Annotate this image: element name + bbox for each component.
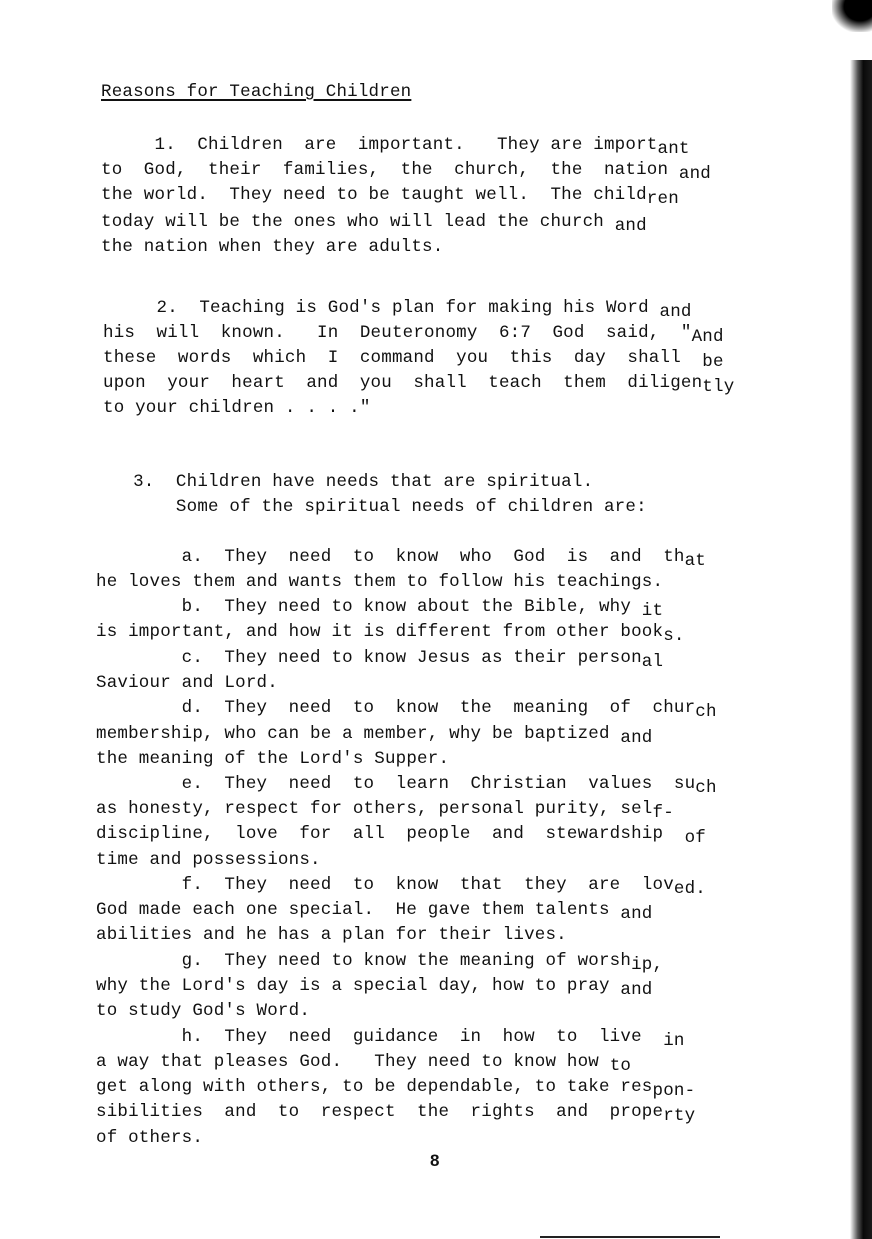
line-tail-text: ch — [695, 702, 716, 722]
text-line: the nation when they are adults. — [101, 237, 443, 257]
page-number: 8 — [430, 1151, 439, 1171]
text-line: is important, and how it is different fr… — [96, 622, 685, 642]
line-text: God made each one special. He gave them … — [96, 900, 620, 920]
text-line: f. They need to know that they are loved… — [96, 875, 706, 895]
text-line: a. They need to know who God is and that — [96, 547, 706, 567]
line-text: get along with others, to be dependable,… — [96, 1077, 653, 1097]
line-tail-text: And — [692, 327, 724, 347]
text-line: upon your heart and you shall teach them… — [103, 373, 734, 393]
text-line: of others. — [96, 1128, 203, 1148]
text-line: his will known. In Deuteronomy 6:7 God s… — [103, 323, 724, 343]
text-line: to study God's Word. — [96, 1001, 310, 1021]
line-tail-text: ant — [658, 139, 690, 159]
line-text: h. They need guidance in how to live — [96, 1027, 663, 1047]
line-text: sibilities and to respect the rights and… — [96, 1102, 663, 1122]
line-text: Some of the spiritual needs of children … — [101, 497, 647, 517]
text-line: why the Lord's day is a special day, how… — [96, 976, 653, 996]
text-line: Some of the spiritual needs of children … — [101, 497, 647, 517]
text-line: today will be the ones who will lead the… — [101, 212, 647, 232]
text-line: to your children . . . ." — [103, 398, 371, 418]
line-text: his will known. In Deuteronomy 6:7 God s… — [103, 323, 692, 343]
text-line: a way that pleases God. They need to kno… — [96, 1052, 631, 1072]
line-text: d. They need to know the meaning of chur — [96, 698, 695, 718]
text-line: the world. They need to be taught well. … — [101, 185, 679, 205]
line-text: as honesty, respect for others, personal… — [96, 799, 653, 819]
line-tail-text: and — [660, 302, 692, 322]
text-line: g. They need to know the meaning of wors… — [96, 951, 663, 971]
text-line: h. They need guidance in how to live in — [96, 1027, 685, 1047]
line-text: e. They need to learn Christian values s… — [96, 774, 695, 794]
scan-binding-shadow-top — [832, 0, 872, 32]
line-tail-text: at — [685, 551, 706, 571]
text-line: he loves them and wants them to follow h… — [96, 572, 663, 592]
line-tail-text: of — [685, 828, 706, 848]
line-text: a way that pleases God. They need to kno… — [96, 1052, 610, 1072]
line-tail-text: and — [679, 164, 711, 184]
footer-rule — [540, 1236, 720, 1238]
line-text: 1. Children are important. They are impo… — [101, 135, 658, 155]
line-text: upon your heart and you shall teach them… — [103, 373, 702, 393]
line-text: why the Lord's day is a special day, how… — [96, 976, 620, 996]
line-tail-text: and — [620, 980, 652, 1000]
line-text: the world. They need to be taught well. … — [101, 185, 647, 205]
line-tail-text: ip, — [631, 955, 663, 975]
line-tail-text: f- — [653, 803, 674, 823]
line-text: time and possessions. — [96, 850, 321, 870]
line-tail-text: and — [620, 904, 652, 924]
text-line: 1. Children are important. They are impo… — [101, 135, 690, 155]
line-text: a. They need to know who God is and th — [96, 547, 685, 567]
line-tail-text: to — [610, 1056, 631, 1076]
line-text: the meaning of the Lord's Supper. — [96, 749, 449, 769]
section-title: Reasons for Teaching Children — [101, 82, 411, 102]
text-line: b. They need to know about the Bible, wh… — [96, 597, 663, 617]
line-text: 2. Teaching is God's plan for making his… — [103, 298, 660, 318]
line-text: to your children . . . ." — [103, 398, 371, 418]
line-tail-text: be — [702, 352, 723, 372]
text-line: e. They need to learn Christian values s… — [96, 774, 717, 794]
line-text: 3. Children have needs that are spiritua… — [101, 472, 593, 492]
text-line: membership, who can be a member, why be … — [96, 724, 653, 744]
line-tail-text: ren — [647, 189, 679, 209]
line-text: Saviour and Lord. — [96, 673, 278, 693]
line-tail-text: tly — [702, 377, 734, 397]
text-line: these words which I command you this day… — [103, 348, 724, 368]
line-text: to study God's Word. — [96, 1001, 310, 1021]
text-line: to God, their families, the church, the … — [101, 160, 711, 180]
text-line: as honesty, respect for others, personal… — [96, 799, 674, 819]
line-tail-text: and — [620, 728, 652, 748]
line-text: he loves them and wants them to follow h… — [96, 572, 663, 592]
text-line: the meaning of the Lord's Supper. — [96, 749, 449, 769]
text-line: God made each one special. He gave them … — [96, 900, 653, 920]
text-line: 2. Teaching is God's plan for making his… — [103, 298, 692, 318]
line-tail-text: it — [642, 601, 663, 621]
text-line: time and possessions. — [96, 850, 321, 870]
line-text: membership, who can be a member, why be … — [96, 724, 620, 744]
text-line: get along with others, to be dependable,… — [96, 1077, 695, 1097]
line-tail-text: rty — [663, 1106, 695, 1126]
line-text: to God, their families, the church, the … — [101, 160, 679, 180]
line-text: abilities and he has a plan for their li… — [96, 925, 567, 945]
text-line: c. They need to know Jesus as their pers… — [96, 648, 663, 668]
line-tail-text: al — [642, 652, 663, 672]
line-text: these words which I command you this day… — [103, 348, 702, 368]
line-text: discipline, love for all people and stew… — [96, 824, 685, 844]
line-text: is important, and how it is different fr… — [96, 622, 663, 642]
line-text: today will be the ones who will lead the… — [101, 212, 615, 232]
text-line: d. They need to know the meaning of chur… — [96, 698, 717, 718]
text-line: discipline, love for all people and stew… — [96, 824, 706, 844]
line-text: the nation when they are adults. — [101, 237, 443, 257]
line-tail-text: pon- — [653, 1081, 696, 1101]
line-tail-text: ch — [695, 778, 716, 798]
scan-binding-shadow — [850, 60, 872, 1239]
line-tail-text: ed. — [674, 879, 706, 899]
line-tail-text: and — [615, 216, 647, 236]
line-text: g. They need to know the meaning of wors… — [96, 951, 631, 971]
line-tail-text: s. — [663, 626, 684, 646]
line-text: b. They need to know about the Bible, wh… — [96, 597, 642, 617]
line-text: of others. — [96, 1128, 203, 1148]
text-line: abilities and he has a plan for their li… — [96, 925, 567, 945]
text-line: 3. Children have needs that are spiritua… — [101, 472, 593, 492]
line-text: c. They need to know Jesus as their pers… — [96, 648, 642, 668]
line-tail-text: in — [663, 1031, 684, 1051]
text-line: sibilities and to respect the rights and… — [96, 1102, 695, 1122]
text-line: Saviour and Lord. — [96, 673, 278, 693]
line-text: f. They need to know that they are lov — [96, 875, 674, 895]
